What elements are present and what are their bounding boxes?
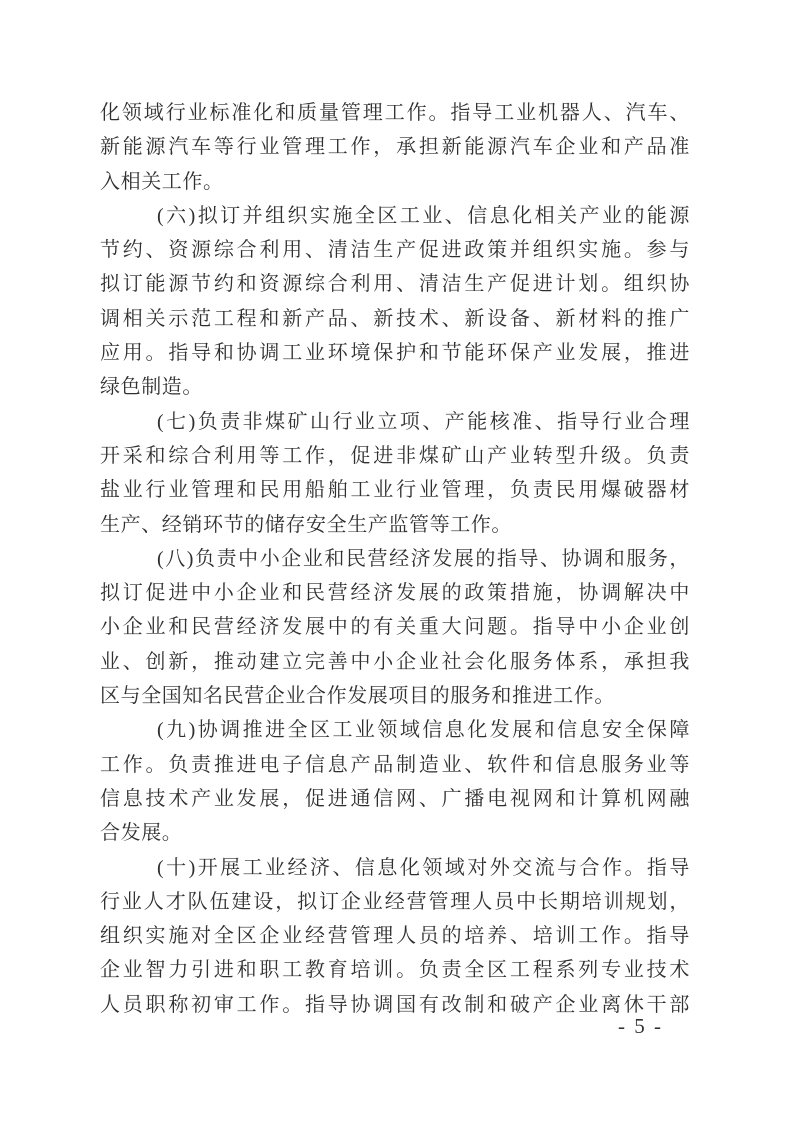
body-line-item-8-start: (八)负责中小企业和民营经济发展的指导、协调和服务， bbox=[100, 542, 690, 576]
body-line: 盐业行业管理和民用船舶工业行业管理，负责民用爆破器材 bbox=[100, 473, 690, 507]
body-line: 调相关示范工程和新产品、新技术、新设备、新材料的推广 bbox=[100, 302, 690, 336]
body-line: 行业人才队伍建设，拟订企业经营管理人员中长期培训规划， bbox=[100, 885, 690, 919]
body-line: 新能源汽车等行业管理工作，承担新能源汽车企业和产品准 bbox=[100, 130, 690, 164]
body-line: 生产、经销环节的储存安全生产监管等工作。 bbox=[100, 508, 690, 542]
body-line: 拟订促进中小企业和民营经济发展的政策措施，协调解决中 bbox=[100, 576, 690, 610]
body-line: 业、创新，推动建立完善中小企业社会化服务体系，承担我 bbox=[100, 645, 690, 679]
body-line: 小企业和民营经济发展中的有关重大问题。指导中小企业创 bbox=[100, 610, 690, 644]
body-line: 拟订能源节约和资源综合利用、清洁生产促进计划。组织协 bbox=[100, 267, 690, 301]
body-line: 组织实施对全区企业经营管理人员的培养、培训工作。指导 bbox=[100, 919, 690, 953]
body-line: 合发展。 bbox=[100, 816, 690, 850]
body-line-item-6-start: (六)拟订并组织实施全区工业、信息化相关产业的能源 bbox=[100, 199, 690, 233]
body-line: 应用。指导和协调工业环境保护和节能环保产业发展，推进 bbox=[100, 336, 690, 370]
body-line: 企业智力引进和职工教育培训。负责全区工程系列专业技术 bbox=[100, 953, 690, 987]
document-body: 化领域行业标准化和质量管理工作。指导工业机器人、汽车、 新能源汽车等行业管理工作… bbox=[100, 96, 690, 1022]
body-line: 开采和综合利用等工作，促进非煤矿山产业转型升级。负责 bbox=[100, 439, 690, 473]
document-page: 化领域行业标准化和质量管理工作。指导工业机器人、汽车、 新能源汽车等行业管理工作… bbox=[0, 0, 793, 1122]
body-line: 信息技术产业发展，促进通信网、广播电视网和计算机网融 bbox=[100, 782, 690, 816]
body-line-item-7-start: (七)负责非煤矿山行业立项、产能核准、指导行业合理 bbox=[100, 405, 690, 439]
body-line-item-10-start: (十)开展工业经济、信息化领域对外交流与合作。指导 bbox=[100, 851, 690, 885]
body-line: 化领域行业标准化和质量管理工作。指导工业机器人、汽车、 bbox=[100, 96, 690, 130]
body-line: 绿色制造。 bbox=[100, 370, 690, 404]
body-line: 区与全国知名民营企业合作发展项目的服务和推进工作。 bbox=[100, 679, 690, 713]
body-line: 节约、资源综合利用、清洁生产促进政策并组织实施。参与 bbox=[100, 233, 690, 267]
page-number: - 5 - bbox=[618, 1012, 663, 1040]
body-line: 入相关工作。 bbox=[100, 165, 690, 199]
body-line-item-9-start: (九)协调推进全区工业领域信息化发展和信息安全保障 bbox=[100, 713, 690, 747]
body-line: 人员职称初审工作。指导协调国有改制和破产企业离休干部 bbox=[100, 988, 690, 1022]
body-line: 工作。负责推进电子信息产品制造业、软件和信息服务业等 bbox=[100, 748, 690, 782]
